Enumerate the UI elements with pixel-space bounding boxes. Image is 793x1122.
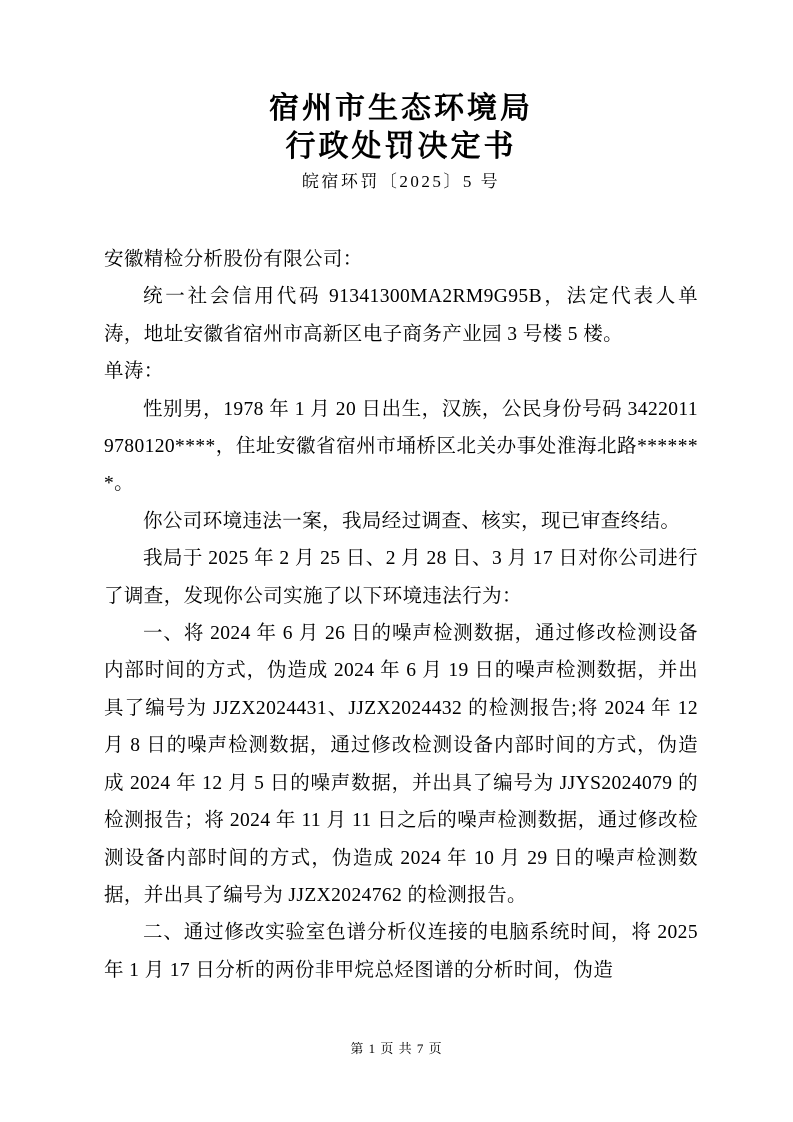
page-number-footer: 第 1 页 共 7 页 bbox=[0, 1040, 793, 1058]
paragraph-company-info: 统一社会信用代码 91341300MA2RM9G95B，法定代表人单涛，地址安徽… bbox=[104, 278, 698, 353]
document-title-line-1: 宿州市生态环境局 bbox=[104, 90, 698, 128]
paragraph-investigation-dates: 我局于 2025 年 2 月 25 日、2 月 28 日、3 月 17 日对你公… bbox=[104, 540, 698, 615]
document-title: 宿州市生态环境局 行政处罚决定书 bbox=[104, 90, 698, 166]
paragraph-violation-2: 二、通过修改实验室色谱分析仪连接的电脑系统时间，将 2025 年 1 月 17 … bbox=[104, 914, 698, 989]
document-body: 安徽精检分析股份有限公司： 统一社会信用代码 91341300MA2RM9G95… bbox=[104, 241, 698, 989]
paragraph-violation-1: 一、将 2024 年 6 月 26 日的噪声检测数据，通过修改检测设备内部时间的… bbox=[104, 615, 698, 914]
paragraph-recipient-person: 单涛： bbox=[104, 353, 698, 390]
paragraph-person-info: 性别男，1978 年 1 月 20 日出生，汉族，公民身份号码 34220119… bbox=[104, 391, 698, 503]
document-page: 宿州市生态环境局 行政处罚决定书 皖宿环罚〔2025〕5 号 安徽精检分析股份有… bbox=[0, 0, 793, 1122]
document-title-line-2: 行政处罚决定书 bbox=[104, 128, 698, 166]
document-number: 皖宿环罚〔2025〕5 号 bbox=[104, 171, 698, 193]
paragraph-case-intro: 你公司环境违法一案，我局经过调查、核实，现已审查终结。 bbox=[104, 503, 698, 540]
paragraph-recipient-company: 安徽精检分析股份有限公司： bbox=[104, 241, 698, 278]
